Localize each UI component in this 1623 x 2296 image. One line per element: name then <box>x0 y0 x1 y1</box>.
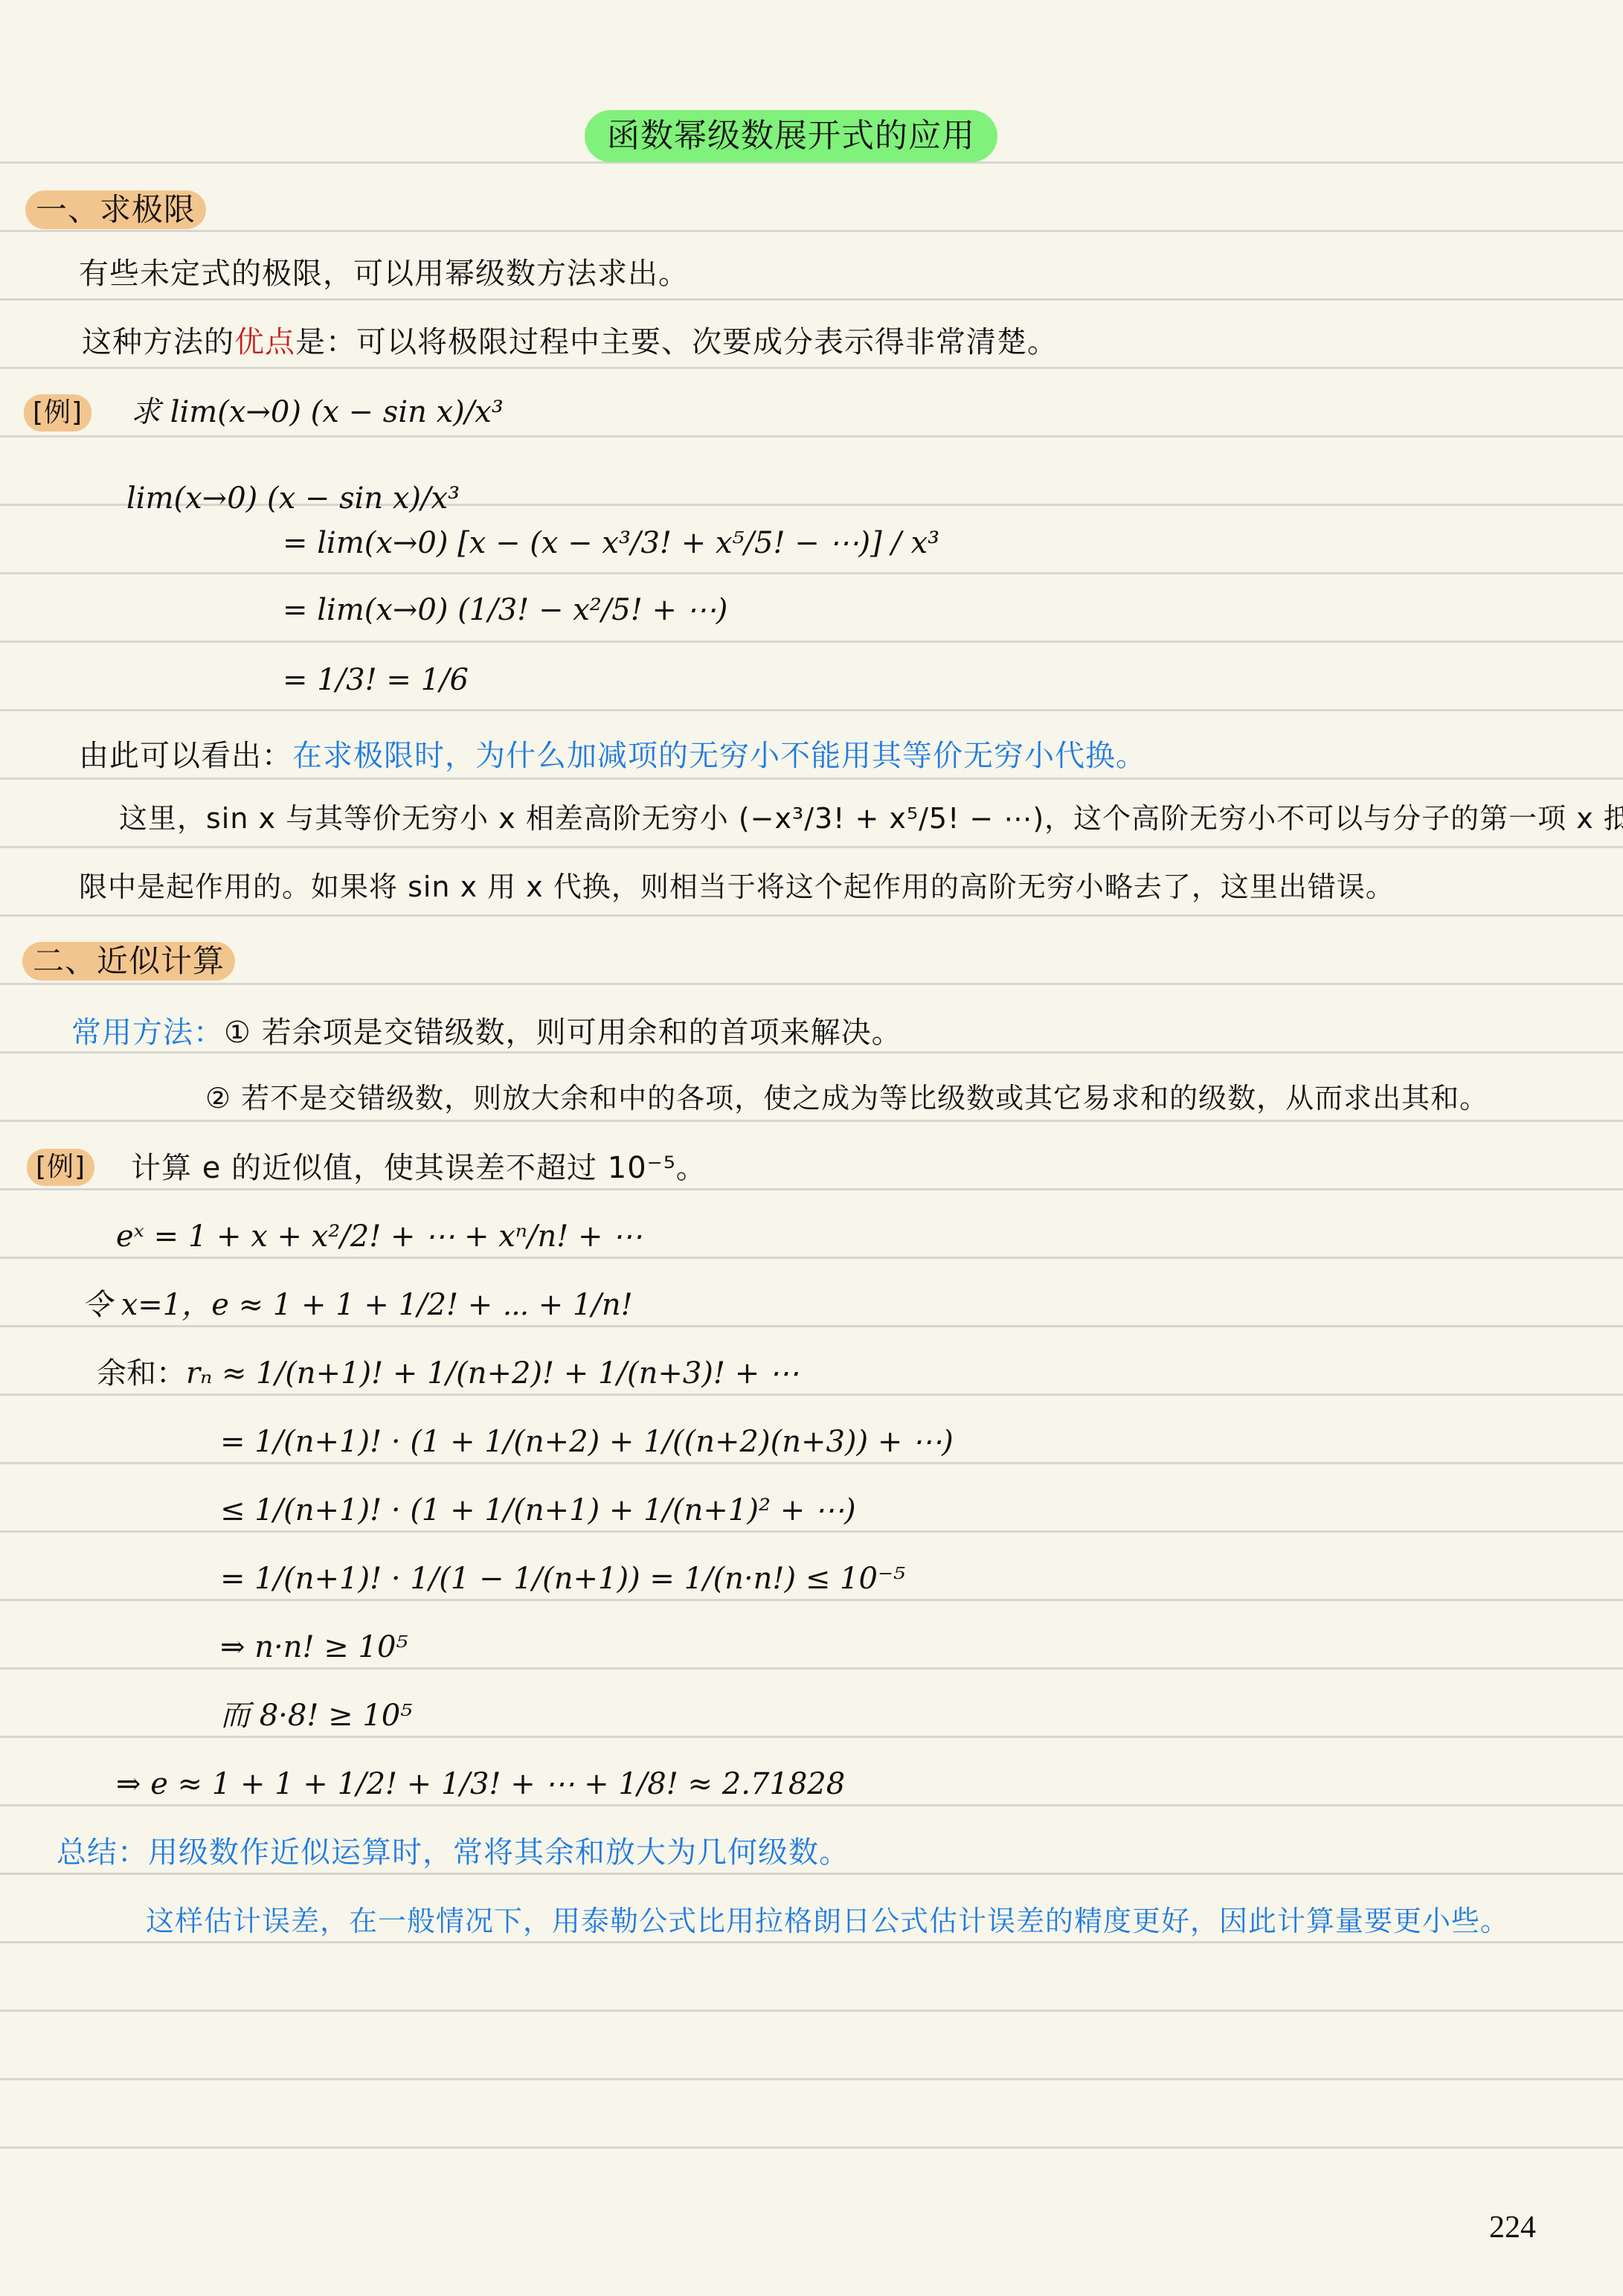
check-n-equals-8: 而 8·8! ≥ 10⁵ <box>220 1693 412 1738</box>
intro-line-1: 有些未定式的极限，可以用幂级数方法求出。 <box>79 251 689 296</box>
e-approx-result: ⇒ e ≈ 1 + 1 + 1/2! + 1/3! + ⋯ + 1/8! ≈ 2… <box>116 1762 845 1806</box>
example-2-prompt: 计算 e 的近似值，使其误差不超过 10⁻⁵。 <box>131 1146 707 1190</box>
explanation-line-1: 这里，sin x 与其等价无穷小 x 相差高阶无穷小 (−x³/3! + x⁵/… <box>119 796 1623 841</box>
section-heading-approx: 二、近似计算 <box>22 942 235 981</box>
bottom-margin <box>0 2202 1623 2296</box>
method-2: ② 若不是交错级数，则放大余和中的各项，使之成为等比级数或其它易求和的级数，从而… <box>205 1076 1488 1120</box>
summary-label: 总结： <box>57 1835 148 1870</box>
intro-line-2-suffix: 是：可以将极限过程中主要、次要成分表示得非常清楚。 <box>295 325 1058 359</box>
limit-step-2: = lim(x→0) (1/3! − x²/5! + ⋯) <box>283 588 727 632</box>
limit-step-3: = 1/3! = 1/6 <box>283 658 469 702</box>
exp-series: eˣ = 1 + x + x²/2! + ⋯ + xⁿ/n! + ⋯ <box>116 1214 642 1259</box>
methods-line-1: 常用方法：① 若余项是交错级数，则可用余和的首项来解决。 <box>71 1010 902 1055</box>
remainder-step-2: ≤ 1/(n+1)! · (1 + 1/(n+1) + 1/(n+1)² + ⋯… <box>220 1488 856 1533</box>
remainder-label: 余和： <box>97 1356 186 1391</box>
limit-step-1-lhs: lim(x→0) (x − sin x)/x³ <box>126 476 460 521</box>
example-1-prompt: 求 lim(x→0) (x − sin x)/x³ <box>131 390 504 434</box>
remainder-step-1: = 1/(n+1)! · (1 + 1/(n+2) + 1/((n+2)(n+3… <box>220 1420 954 1464</box>
limit-step-1-rhs: = lim(x→0) [x − (x − x³/3! + x⁵/5! − ⋯)]… <box>283 521 939 565</box>
page-number: 224 <box>1489 2210 1536 2245</box>
advantage-highlight: 优点 <box>234 325 295 359</box>
let-x-equals-1: 令 x=1，e ≈ 1 + 1 + 1/2! + ⋯ + 1/n! <box>82 1283 633 1327</box>
summary-line-1: 总结：用级数作近似运算时，常将其余和放大为几何级数。 <box>57 1830 849 1875</box>
methods-label: 常用方法： <box>71 1016 224 1050</box>
example-tag-2: [例] <box>27 1149 94 1186</box>
example-tag-1: [例] <box>24 394 91 432</box>
section-heading-limits: 一、求极限 <box>25 190 206 229</box>
conclusion-label: 由此可以看出： <box>79 739 292 773</box>
remainder-expr: rₙ ≈ 1/(n+1)! + 1/(n+2)! + 1/(n+3)! + ⋯ <box>186 1356 799 1391</box>
summary-line-2: 这样估计误差，在一般情况下，用泰勒公式比用拉格朗日公式估计误差的精度更好，因此计… <box>146 1899 1509 1943</box>
conclusion-line: 由此可以看出：在求极限时，为什么加减项的无穷小不能用其等价无穷小代换。 <box>79 734 1146 778</box>
intro-line-2: 这种方法的优点是：可以将极限过程中主要、次要成分表示得非常清楚。 <box>82 320 1058 365</box>
remainder-line: 余和：rₙ ≈ 1/(n+1)! + 1/(n+2)! + 1/(n+3)! +… <box>97 1351 799 1396</box>
explanation-line-2: 限中是起作用的。如果将 sin x 用 x 代换，则相当于将这个起作用的高阶无穷… <box>79 865 1395 909</box>
page-title: 函数幂级数展开式的应用 <box>585 110 997 162</box>
intro-line-2-prefix: 这种方法的 <box>82 325 234 359</box>
method-1: ① 若余项是交错级数，则可用余和的首项来解决。 <box>224 1016 902 1050</box>
conclusion-blue: 在求极限时，为什么加减项的无穷小不能用其等价无穷小代换。 <box>292 739 1146 773</box>
summary-text-1: 用级数作近似运算时，常将其余和放大为几何级数。 <box>148 1835 849 1870</box>
implies-inequality: ⇒ n·n! ≥ 10⁵ <box>220 1625 408 1670</box>
remainder-step-3: = 1/(n+1)! · 1/(1 − 1/(n+1)) = 1/(n·n!) … <box>220 1556 905 1601</box>
